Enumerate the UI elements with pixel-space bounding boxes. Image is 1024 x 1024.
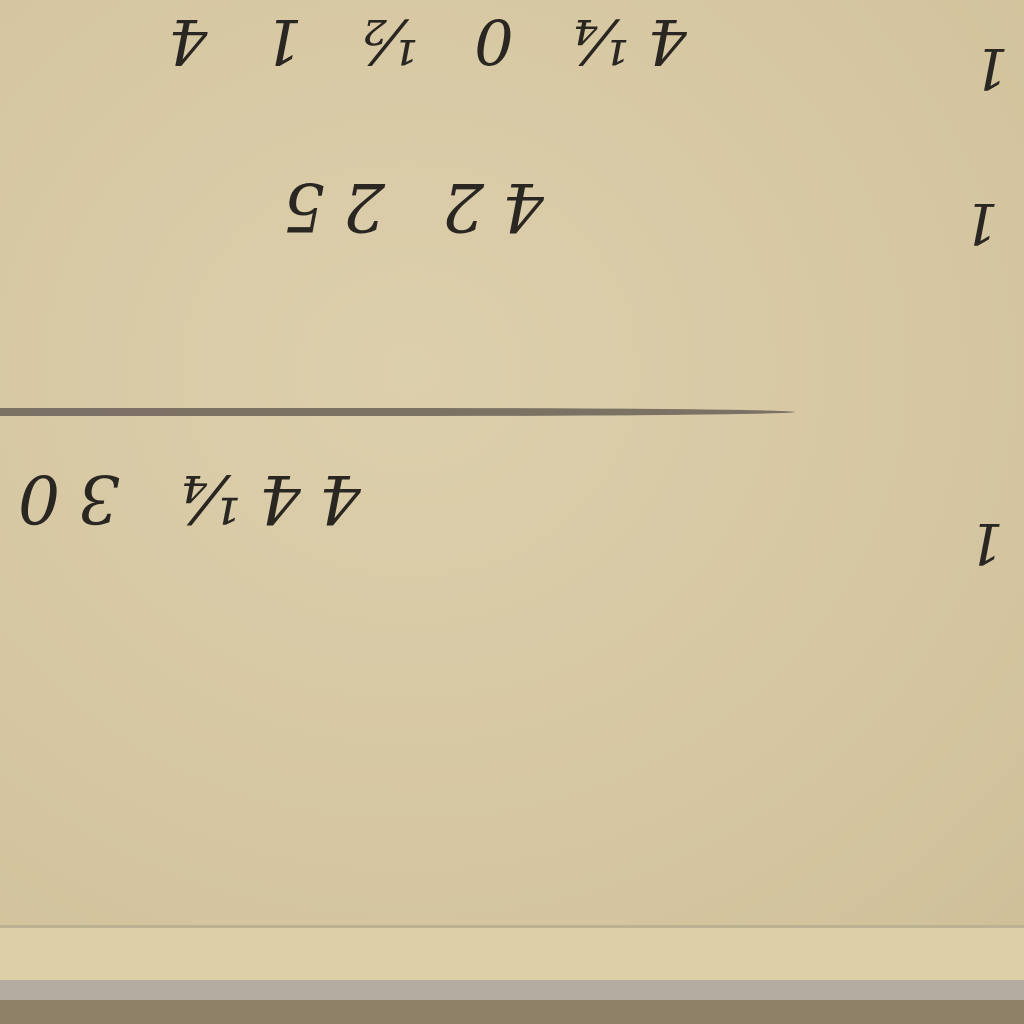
- binding-cloth: [0, 1000, 1024, 1024]
- tally-mark-1: 1: [955, 35, 1009, 100]
- tally-mark-3: 1: [950, 510, 1004, 575]
- handwritten-row-2: 42 25: [265, 168, 544, 245]
- page-edge: [0, 980, 1024, 1000]
- handwritten-row-3: 44¼ 30: [0, 460, 361, 537]
- pencil-rule-line: [0, 408, 795, 416]
- tally-mark-2: 1: [945, 190, 999, 255]
- paper-bottom-strip: [0, 925, 1024, 983]
- handwritten-row-1: 4¼ 0 ½ 1 4: [150, 5, 687, 78]
